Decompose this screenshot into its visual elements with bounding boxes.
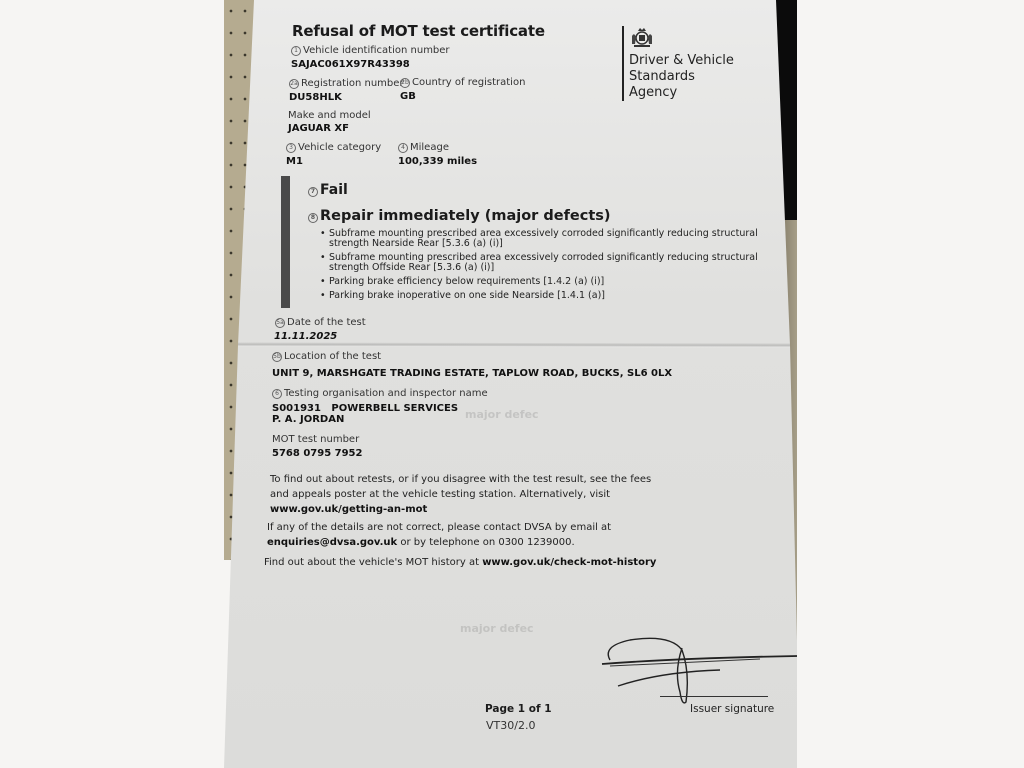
mileage-value: 100,339 miles — [398, 156, 477, 167]
field-number-icon: 3 — [286, 143, 296, 153]
test-location-value: UNIT 9, MARSHGATE TRADING ESTATE, TAPLOW… — [272, 368, 672, 379]
field-number-icon: 8 — [308, 213, 318, 223]
mot-test-number-label: MOT test number — [272, 434, 359, 445]
agency-name-line-1: Driver & Vehicle — [629, 53, 734, 69]
field-number-icon: 2a — [289, 79, 299, 89]
document-title: Refusal of MOT test certificate — [292, 22, 545, 40]
vin-label: 1Vehicle identification number — [291, 45, 450, 56]
page-number: Page 1 of 1 — [485, 703, 552, 715]
registration-label: 2aRegistration number — [289, 78, 404, 89]
royal-crest-icon — [629, 26, 655, 48]
field-number-icon: 7 — [308, 187, 318, 197]
defect-item: Parking brake inoperative on one side Ne… — [320, 291, 758, 301]
dvsa-logo: Driver & Vehicle Standards Agency — [622, 26, 734, 101]
fail-indicator-bar — [281, 176, 290, 308]
mot-history-info: Find out about the vehicle's MOT history… — [264, 555, 656, 570]
major-defects-list: Subframe mounting prescribed area excess… — [320, 229, 758, 305]
dvsa-email-link[interactable]: enquiries@dvsa.gov.uk — [267, 537, 397, 548]
vin-value: SAJAC061X97R43398 — [291, 59, 410, 70]
test-result-status: 7Fail — [308, 182, 348, 198]
registration-value: DU58HLK — [289, 92, 342, 103]
country-value: GB — [400, 91, 416, 102]
issuer-signature-label: Issuer signature — [690, 703, 774, 715]
agency-name-line-3: Agency — [629, 85, 734, 101]
agency-name-line-2: Standards — [629, 69, 734, 85]
field-number-icon: 4 — [398, 143, 408, 153]
testing-organisation-value: S001931 POWERBELL SERVICES — [272, 403, 458, 414]
bleed-through-text: major defec — [460, 622, 534, 635]
getting-an-mot-link[interactable]: www.gov.uk/getting-an-mot — [270, 502, 651, 517]
test-location-label: 5bLocation of the test — [272, 351, 381, 362]
make-model-label: Make and model — [288, 110, 371, 121]
field-number-icon: 5b — [272, 352, 282, 362]
country-label: 2bCountry of registration — [400, 77, 525, 88]
test-date-value: 11.11.2025 — [274, 331, 337, 342]
signature-line — [660, 696, 768, 697]
inspector-name-value: P. A. JORDAN — [272, 414, 344, 425]
contact-info: If any of the details are not correct, p… — [267, 520, 611, 550]
defect-item: Subframe mounting prescribed area excess… — [320, 253, 758, 273]
make-model-value: JAGUAR XF — [288, 123, 349, 134]
defect-section-heading: 8Repair immediately (major defects) — [308, 208, 611, 224]
defect-item: Subframe mounting prescribed area excess… — [320, 229, 758, 249]
field-number-icon: 6 — [272, 389, 282, 399]
background-right — [797, 0, 1024, 768]
retest-info: To find out about retests, or if you dis… — [270, 472, 651, 517]
bleed-through-text: major defec — [465, 408, 539, 421]
field-number-icon: 5a — [275, 318, 285, 328]
testing-organisation-label: 6Testing organisation and inspector name — [272, 388, 488, 399]
form-code: VT30/2.0 — [486, 719, 535, 732]
mot-test-number-value: 5768 0795 7952 — [272, 448, 362, 459]
vehicle-category-value: M1 — [286, 156, 303, 167]
field-number-icon: 1 — [291, 46, 301, 56]
field-number-icon: 2b — [400, 78, 410, 88]
defect-item: Parking brake efficiency below requireme… — [320, 277, 758, 287]
check-mot-history-link[interactable]: www.gov.uk/check-mot-history — [482, 557, 656, 568]
test-date-label: 5aDate of the test — [275, 317, 366, 328]
issuer-signature — [600, 632, 800, 712]
vehicle-category-label: 3Vehicle category — [286, 142, 381, 153]
mileage-label: 4Mileage — [398, 142, 449, 153]
